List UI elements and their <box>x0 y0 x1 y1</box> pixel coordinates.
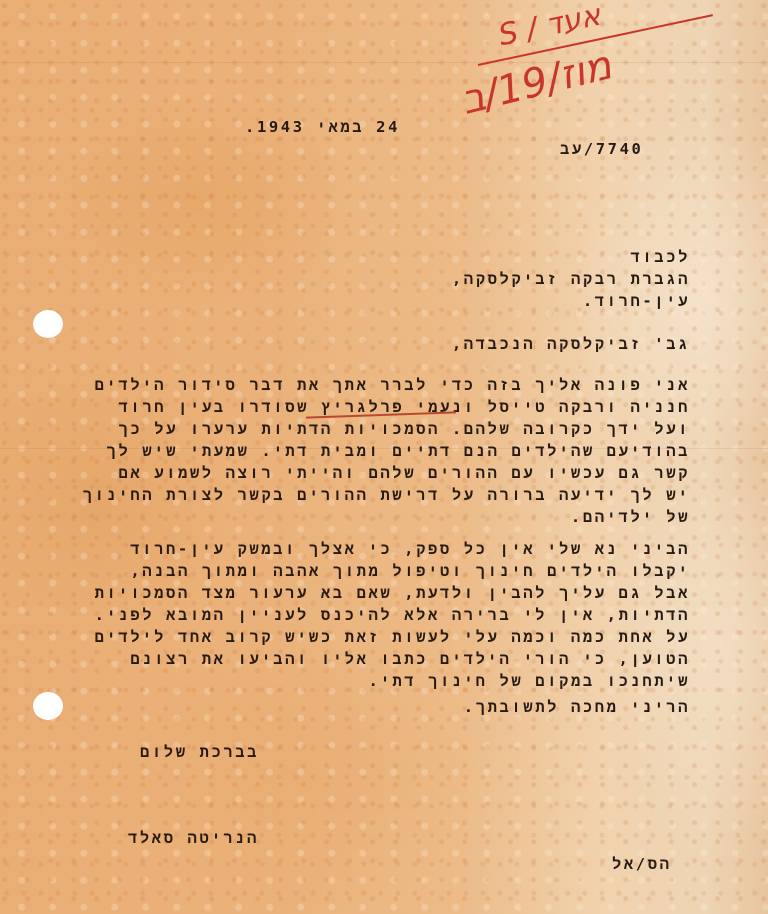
paragraph-2-line: שיתחנכו במקום של חינוך דתי. <box>369 672 691 691</box>
paragraph-2-line: יקבלו הילדים חינוך וטיפול מתוך אהבה ומתו… <box>130 562 690 581</box>
letter-date: 24 במאי 1943. <box>245 118 400 137</box>
paragraph-2-line: על אחת כמה וכמה עלי לעשות זאת כשיש קרוב … <box>95 628 690 647</box>
closing-request: הריני מחכה לתשובתך. <box>464 698 690 717</box>
paragraph-2-line: אבל גם עליך להבין ולדעת, שאם בא ערעור מצ… <box>95 584 690 603</box>
closing-phrase: בברכת שלום <box>140 743 259 762</box>
punch-hole <box>33 692 63 720</box>
recipient-salutation: לכבוד <box>630 248 690 267</box>
paragraph-1-line: בהודיעם שהילדים הנם דתיים ומבית דתי. שמע… <box>107 442 690 461</box>
reference-number: 7740/עב <box>560 140 643 159</box>
recipient-place: עין-חרוד. <box>583 292 690 311</box>
file-mark-annotation: מוז/19/ב <box>457 42 616 124</box>
recipient-name: הגברת רבקה זביקלסקה, <box>452 270 690 289</box>
paragraph-1-line: יש לך ידיעה ברורה על דרישת ההורים בקשר ל… <box>83 486 690 505</box>
signature: הנריטה סאלד <box>128 829 259 848</box>
punch-hole <box>33 310 63 338</box>
typist-initials: הס/אל <box>612 855 672 874</box>
paragraph-2-line: הביני נא שלי אין כל ספק, כי אצלך ובמשק ע… <box>130 540 690 559</box>
paragraph-1-line: אני פונה אליך בזה כדי לברר אתך את דבר סי… <box>95 376 690 395</box>
paragraph-2-line: הדתיות, אין לי ברירה אלא להיכנס לעניין ה… <box>95 606 690 625</box>
paragraph-1-line: של ילדיהם. <box>571 508 690 527</box>
paragraph-1-line: קשר גם עכשיו עם ההורים שלהם והייתי רוצה … <box>118 464 690 483</box>
greeting: גב' זביקלסקה הנכבדה, <box>452 335 690 354</box>
paper-fold-line <box>0 62 768 63</box>
paragraph-2-line: הטוען, כי הורי הילדים כתבו אליו והביעו א… <box>130 650 690 669</box>
paragraph-1-line: ועל ידך כקרובה שלהם. הסמכויות הדתיות ערע… <box>118 420 690 439</box>
